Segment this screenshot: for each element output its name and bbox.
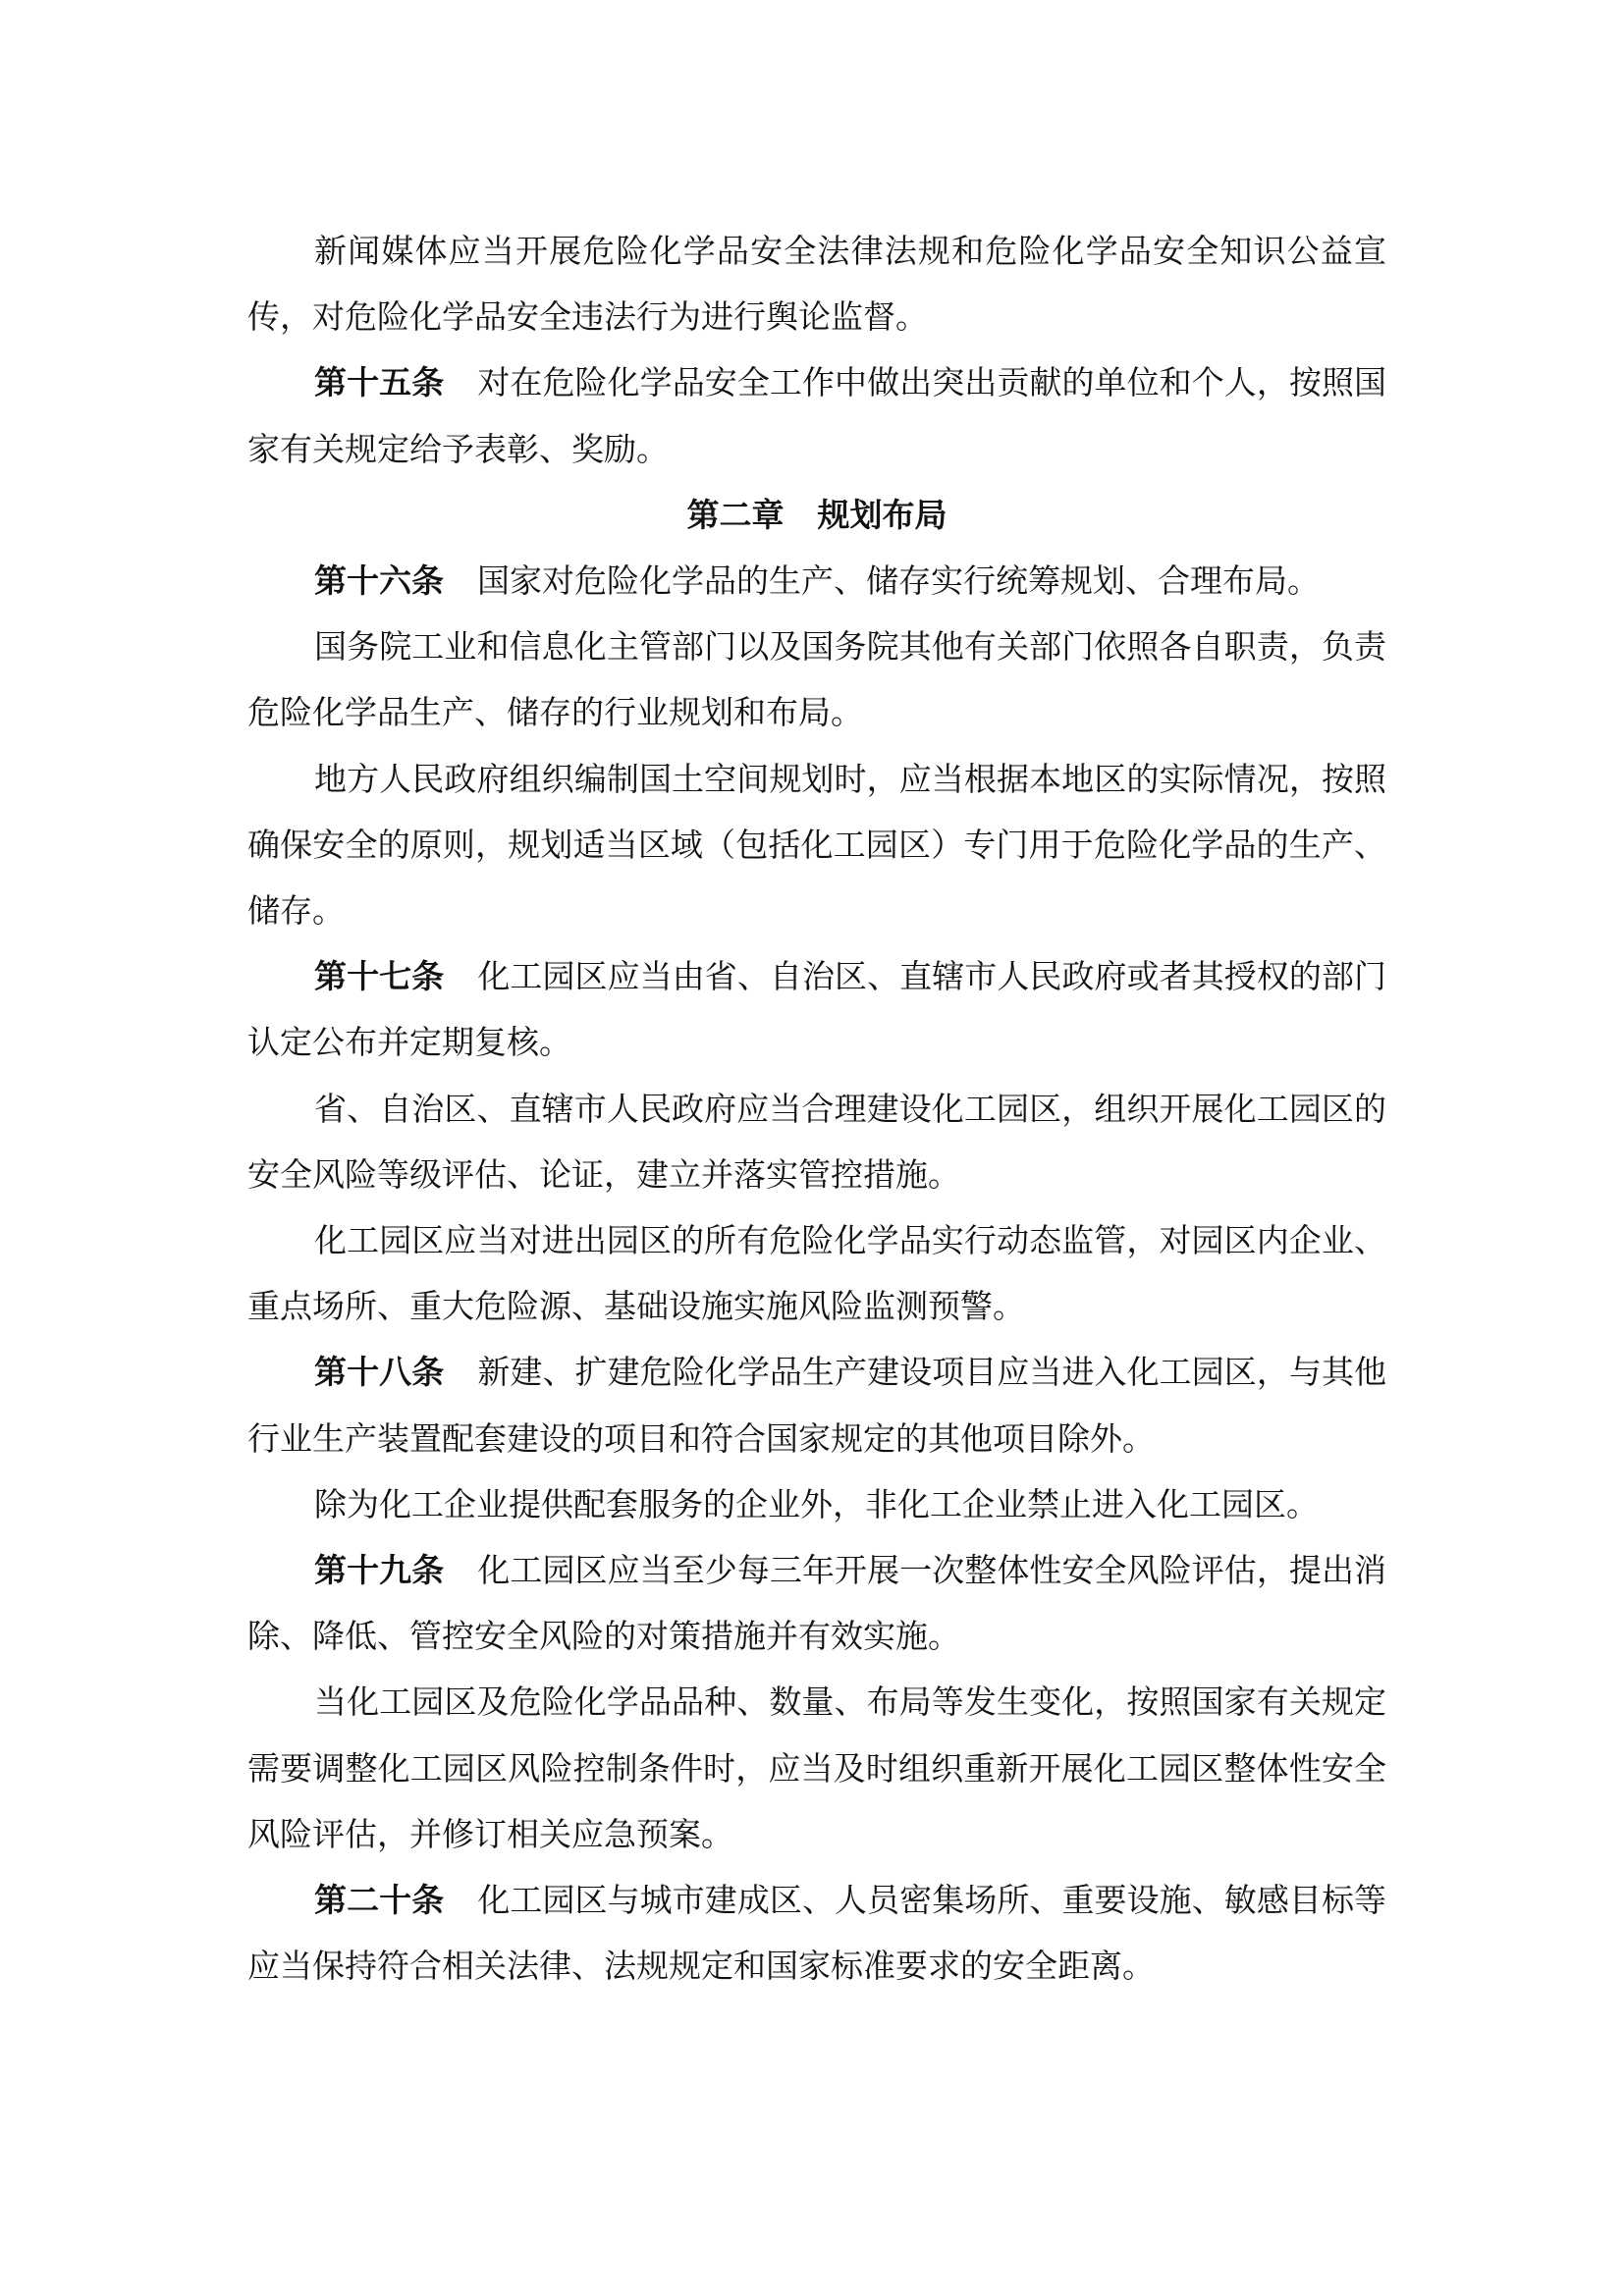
article-label: 第十八条 <box>314 1353 444 1391</box>
paragraph-text: 地方人民政府组织编制国土空间规划时，应当根据本地区的实际情况，按照确保安全的原则… <box>247 760 1386 930</box>
paragraph: 化工园区应当对进出园区的所有危险化学品实行动态监管，对园区内企业、重点场所、重大… <box>247 1207 1386 1339</box>
article-label: 第十七条 <box>314 957 444 995</box>
article-19: 第十九条化工园区应当至少每三年开展一次整体性安全风险评估，提出消除、降低、管控安… <box>247 1537 1386 1669</box>
article-label: 第十九条 <box>314 1551 444 1589</box>
article-17: 第十七条化工园区应当由省、自治区、直辖市人民政府或者其授权的部门认定公布并定期复… <box>247 943 1386 1075</box>
paragraph: 省、自治区、直辖市人民政府应当合理建设化工园区，组织开展化工园区的安全风险等级评… <box>247 1076 1386 1207</box>
article-label: 第二十条 <box>314 1881 444 1919</box>
article-16: 第十六条国家对危险化学品的生产、储存实行统筹规划、合理布局。 <box>247 548 1386 614</box>
paragraph-text: 国务院工业和信息化主管部门以及国务院其他有关部门依照各自职责，负责危险化学品生产… <box>247 627 1386 731</box>
paragraph-text: 新闻媒体应当开展危险化学品安全法律法规和危险化学品安全知识公益宣传，对危险化学品… <box>247 232 1386 336</box>
chapter-title: 规划布局 <box>818 496 947 534</box>
chapter-heading: 第二章规划布局 <box>247 482 1386 548</box>
article-18: 第十八条新建、扩建危险化学品生产建设项目应当进入化工园区，与其他行业生产装置配套… <box>247 1339 1386 1470</box>
paragraph-text: 省、自治区、直辖市人民政府应当合理建设化工园区，组织开展化工园区的安全风险等级评… <box>247 1090 1386 1194</box>
paragraph-text: 当化工园区及危险化学品品种、数量、布局等发生变化，按照国家有关规定需要调整化工园… <box>247 1682 1386 1852</box>
paragraph-media-publicity: 新闻媒体应当开展危险化学品安全法律法规和危险化学品安全知识公益宣传，对危险化学品… <box>247 218 1386 349</box>
paragraph: 国务院工业和信息化主管部门以及国务院其他有关部门依照各自职责，负责危险化学品生产… <box>247 614 1386 745</box>
article-label: 第十六条 <box>314 561 444 600</box>
article-15: 第十五条对在危险化学品安全工作中做出突出贡献的单位和个人，按照国家有关规定给予表… <box>247 349 1386 481</box>
article-20: 第二十条化工园区与城市建成区、人员密集场所、重要设施、敏感目标等应当保持符合相关… <box>247 1867 1386 1999</box>
article-label: 第十五条 <box>314 363 444 401</box>
paragraph: 地方人民政府组织编制国土空间规划时，应当根据本地区的实际情况，按照确保安全的原则… <box>247 746 1386 944</box>
document-page: 新闻媒体应当开展危险化学品安全法律法规和危险化学品安全知识公益宣传，对危险化学品… <box>247 218 1386 1999</box>
paragraph: 当化工园区及危险化学品品种、数量、布局等发生变化，按照国家有关规定需要调整化工园… <box>247 1669 1386 1867</box>
paragraph: 除为化工企业提供配套服务的企业外，非化工企业禁止进入化工园区。 <box>247 1471 1386 1537</box>
paragraph-text: 除为化工企业提供配套服务的企业外，非化工企业禁止进入化工园区。 <box>314 1485 1319 1523</box>
paragraph-text: 国家对危险化学品的生产、储存实行统筹规划、合理布局。 <box>477 561 1320 600</box>
paragraph-text: 化工园区应当对进出园区的所有危险化学品实行动态监管，对园区内企业、重点场所、重大… <box>247 1221 1386 1325</box>
chapter-number: 第二章 <box>687 496 785 534</box>
